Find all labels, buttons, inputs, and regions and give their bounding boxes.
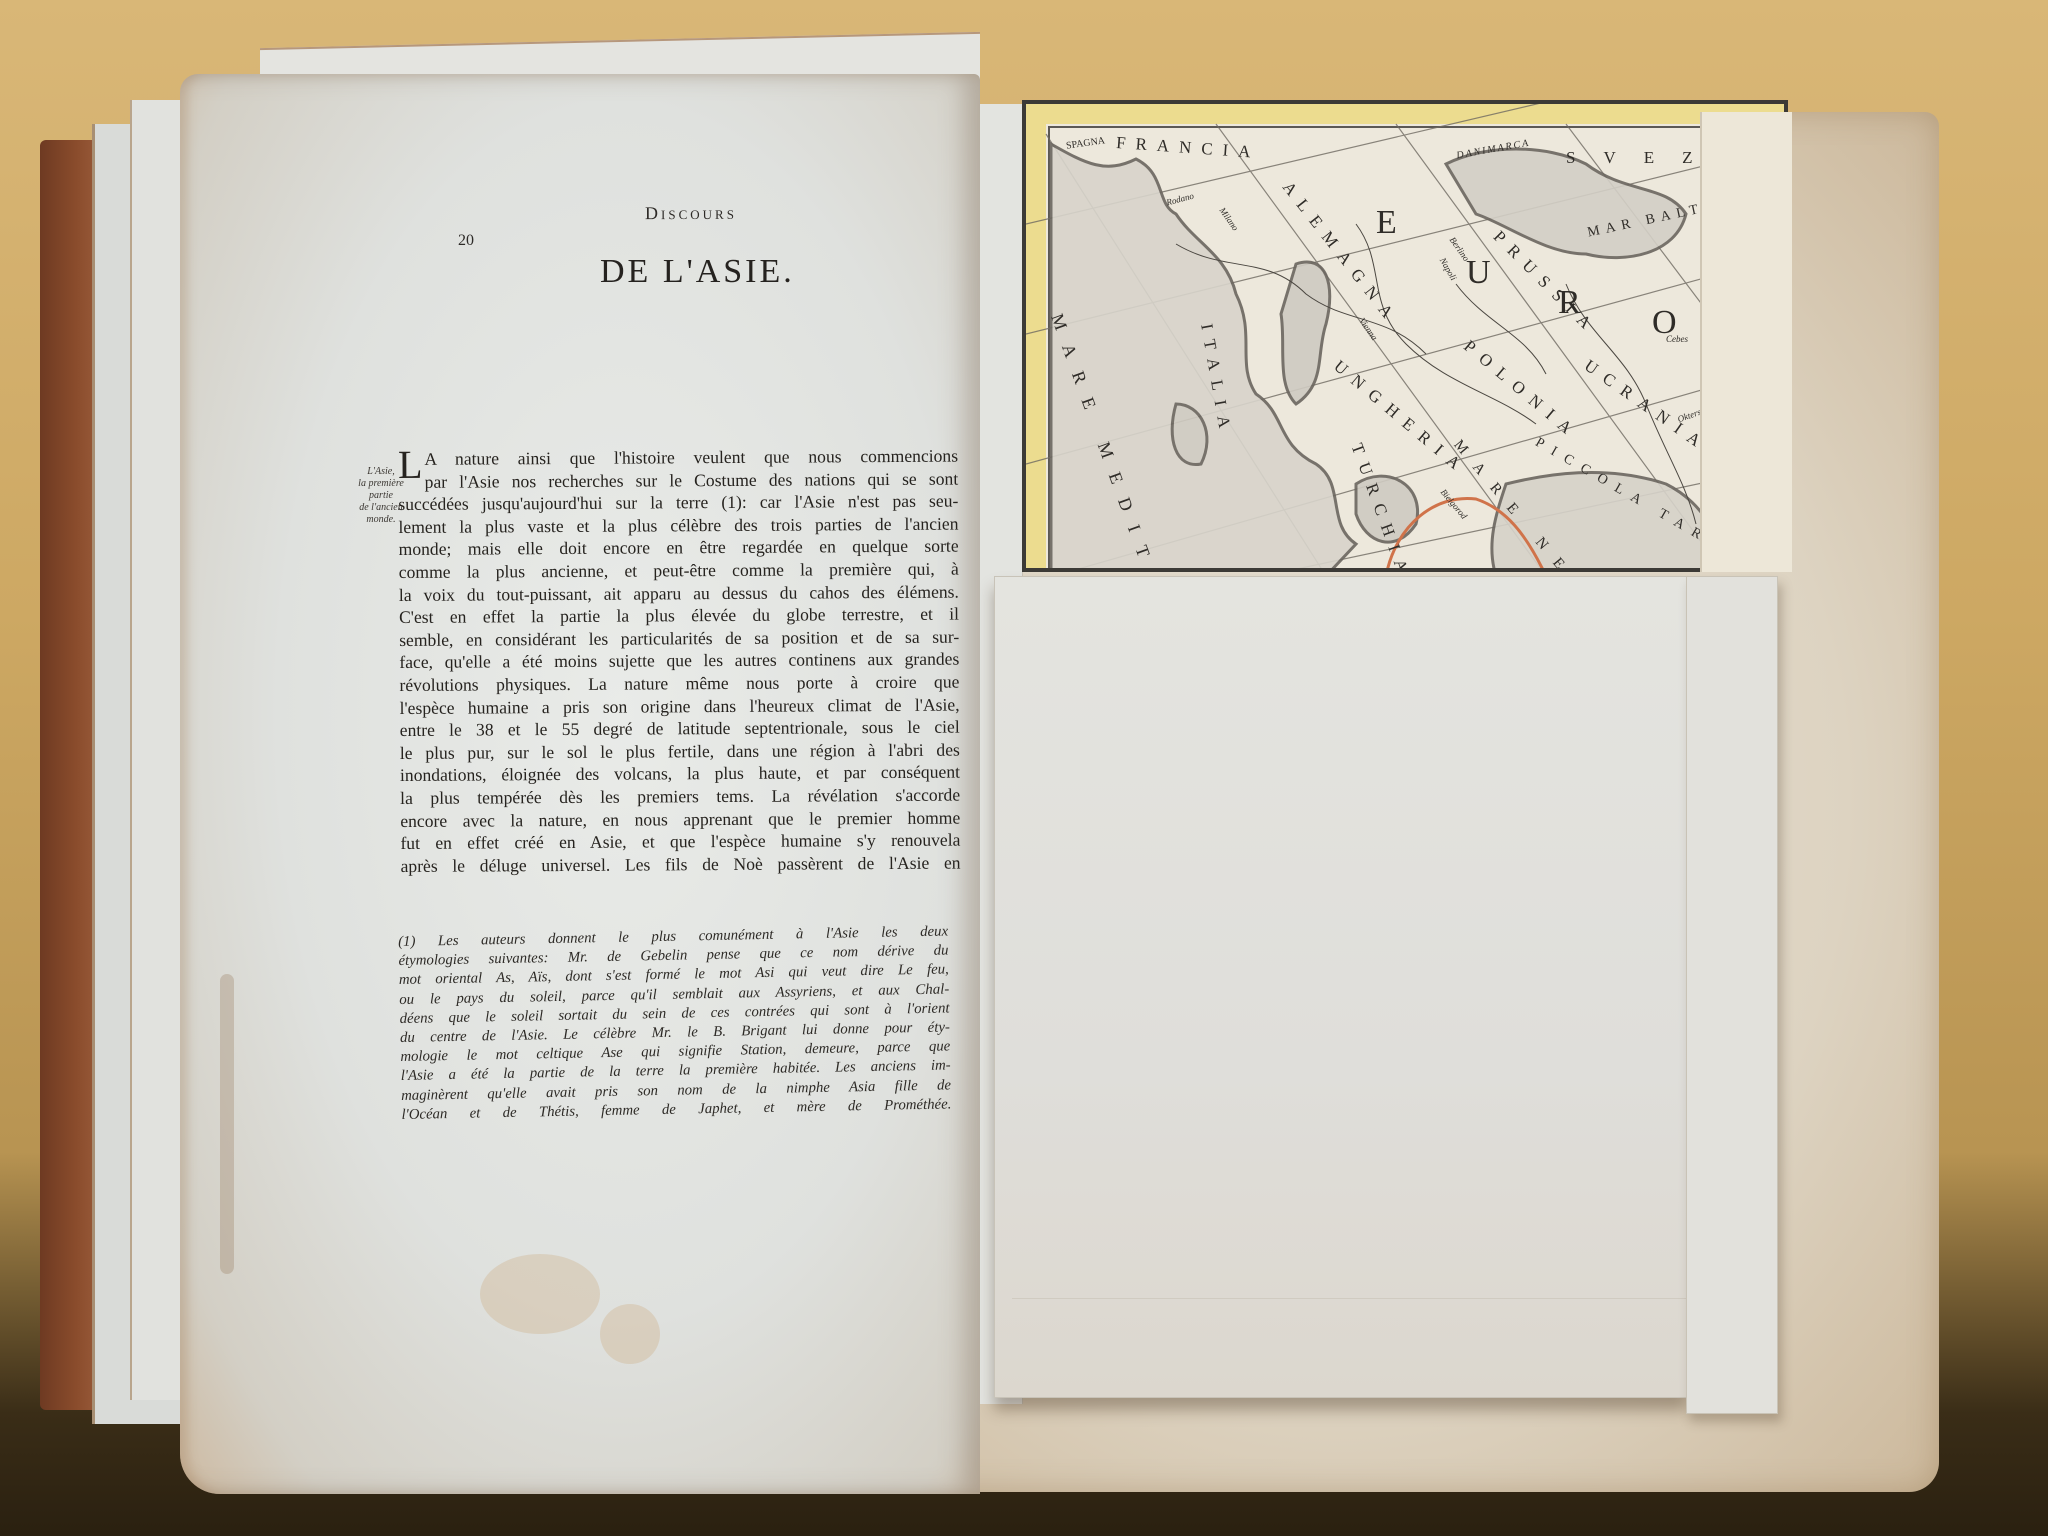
text-line: après le déluge universel. Les fils de N…: [400, 851, 960, 877]
page-number: 20: [458, 232, 474, 250]
text-line: monde; mais elle doit encore en être reg…: [399, 535, 959, 561]
drop-cap: L: [398, 450, 423, 480]
map-flap-right: [1700, 112, 1792, 572]
text-line: comme la plus ancienne, et peut-être com…: [399, 558, 959, 584]
text-line: le plus pur, sur le sol le plus fertile,…: [400, 738, 960, 764]
map-big-letter-u: U: [1466, 254, 1491, 292]
map-city: Cebes: [1666, 334, 1688, 344]
text-line: révolutions physiques. La nature même no…: [399, 671, 959, 697]
text-line: encore avec la nature, en nous apprenant…: [400, 806, 960, 832]
text-line: l'espèce humaine a pris son origine dans…: [400, 693, 960, 719]
running-head: Discours: [645, 203, 737, 224]
chapter-title: DE L'ASIE.: [600, 253, 795, 291]
footnote: (1) Les auteurs donnent le plus comunéme…: [398, 922, 952, 1125]
text-line: la plus tempérée dès les premiers tems. …: [400, 783, 960, 809]
map-fold-crease: [1012, 598, 1689, 1299]
text-line: face, qu'elle a été moins sujette que le…: [399, 648, 959, 674]
text-line: succédées jusqu'aujourd'hui sur la terre…: [398, 490, 958, 516]
text-line: entre le 38 et le 55 degré de latitude s…: [400, 716, 960, 742]
map-europe[interactable]: SPAGNA FRANCIA ALEMAGNA ITALIA UNGHERIA …: [1022, 100, 1788, 572]
text-line: inondations, éloignée des volcans, la pl…: [400, 761, 960, 787]
map-folded-panel-right[interactable]: [1686, 576, 1778, 1414]
map-big-letter-e: E: [1376, 204, 1397, 242]
body-text: L A nature ainsi que l'histoire veulent …: [398, 445, 961, 878]
text-line: fut en effet créé en Asie, et que l'espè…: [400, 829, 960, 855]
text-line: A nature ainsi que l'histoire veulent qu…: [398, 445, 958, 471]
map-big-letter-r: R: [1558, 284, 1581, 322]
text-line: C'est en effet la partie la plus élevée …: [399, 603, 959, 629]
